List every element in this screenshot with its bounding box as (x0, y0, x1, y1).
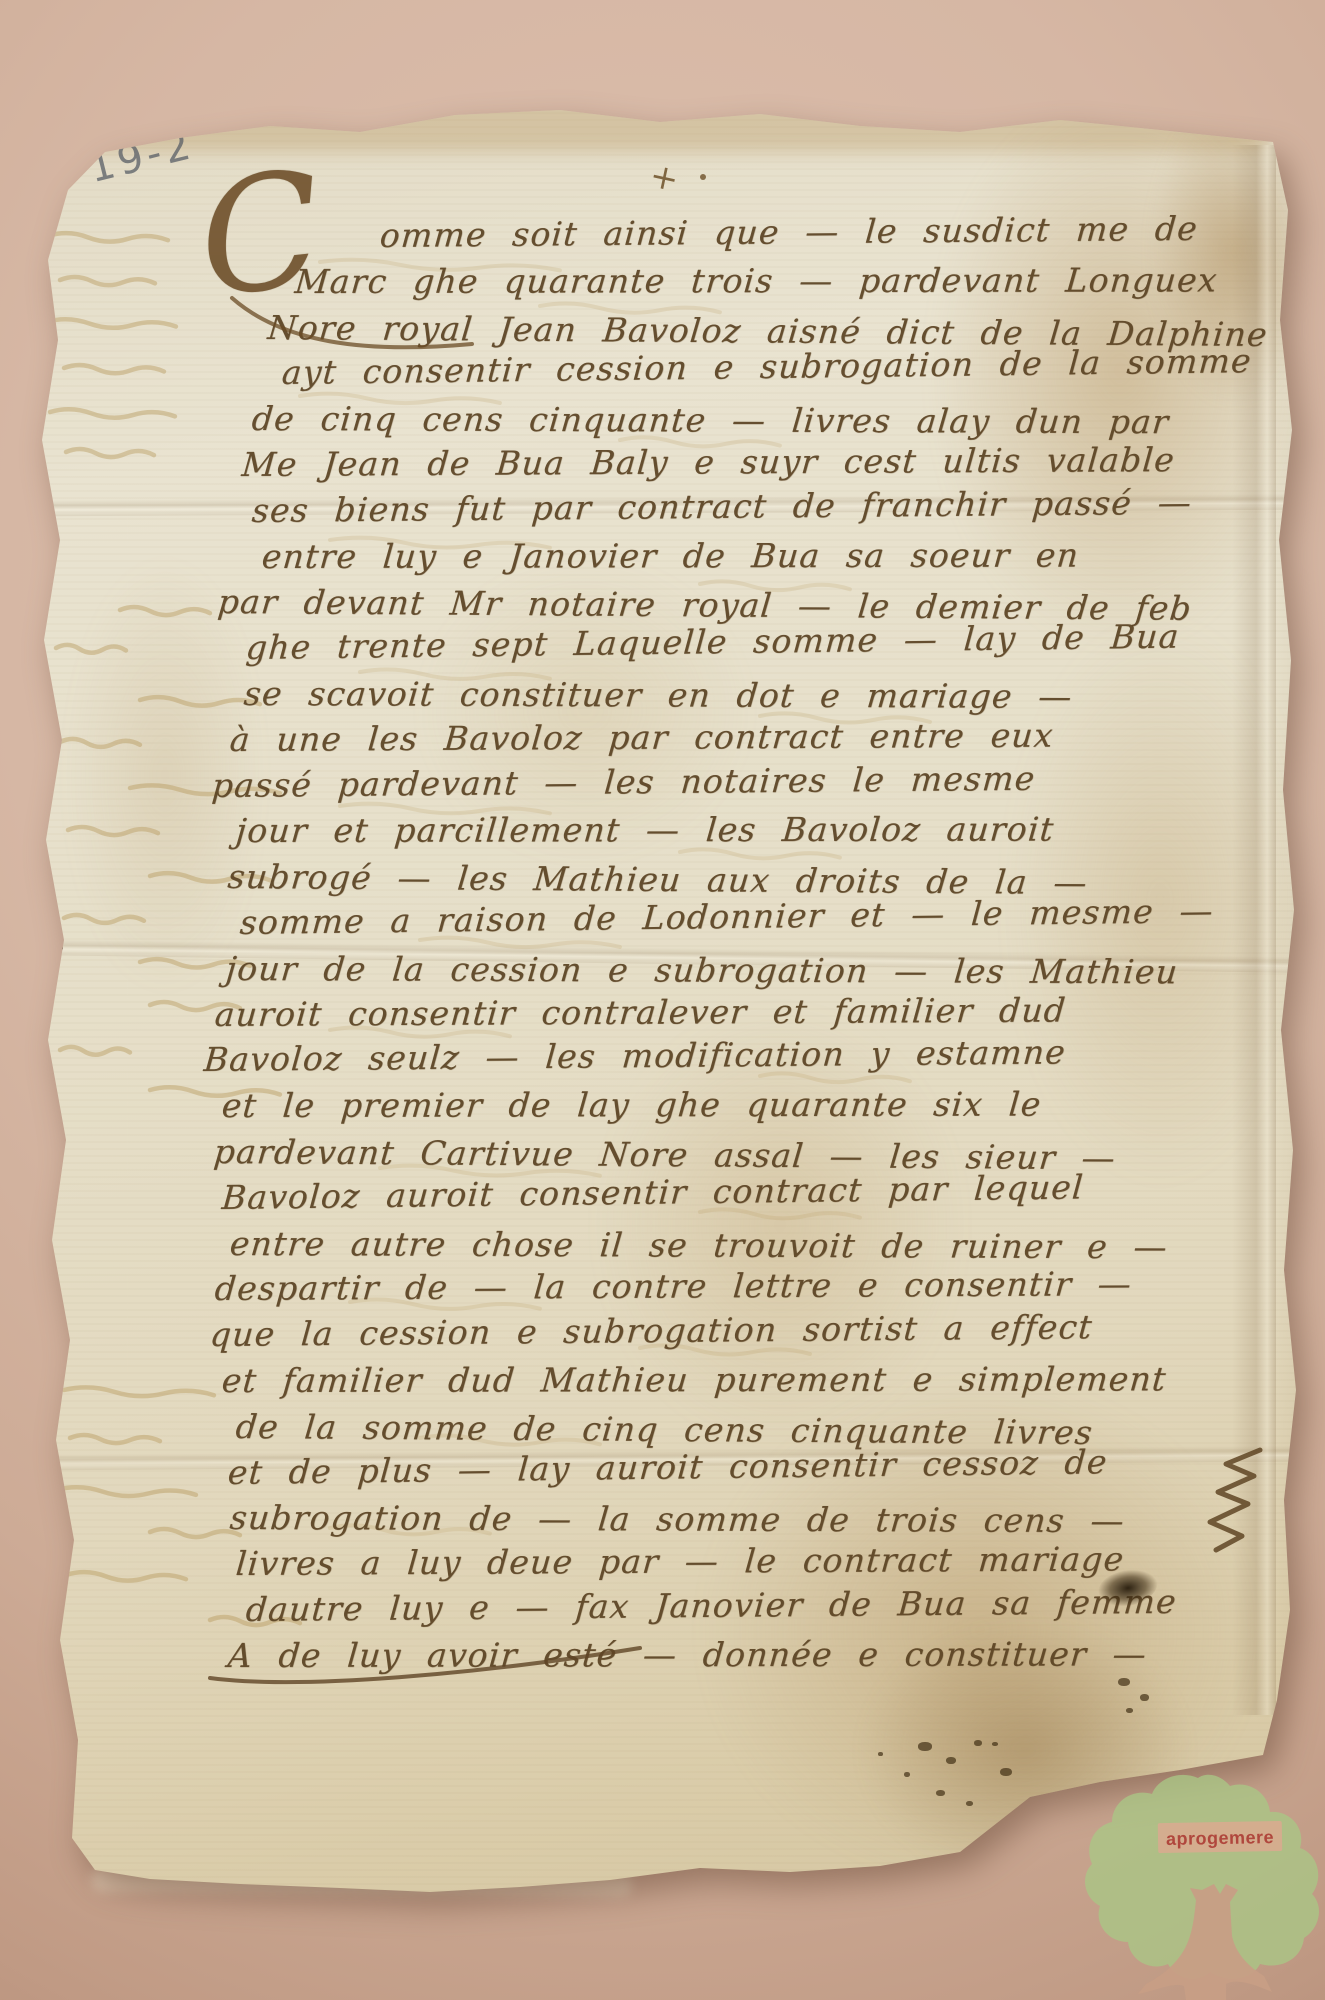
ink-speck (966, 1801, 973, 1806)
ink-speck (992, 1742, 998, 1746)
photo-backdrop: 19-2 + C omme soit ainsi que — le susdic… (0, 0, 1325, 2000)
ink-speck (946, 1757, 956, 1764)
ink-speck (1126, 1708, 1133, 1713)
dropcap-tail-stroke (232, 298, 472, 347)
ink-speck (1140, 1694, 1149, 1701)
ink-speck (1000, 1768, 1012, 1776)
ink-speck (974, 1740, 982, 1746)
ink-speck (878, 1752, 883, 1756)
ink-speck (904, 1772, 910, 1777)
pen-flourishes (0, 0, 1325, 2000)
margin-paraph (1210, 1450, 1260, 1550)
watermark-label: aprogemere (1158, 1821, 1283, 1853)
watermark-label-text: aprogemere (1166, 1827, 1274, 1849)
aprogemere-watermark: aprogemere (1080, 1772, 1325, 2000)
ink-speck (918, 1742, 932, 1751)
left-ink-dash (36, 944, 60, 948)
manuscript-page: 19-2 + C omme soit ainsi que — le susdic… (0, 0, 1325, 2000)
ink-speck (1118, 1678, 1130, 1686)
paper-sheet: 19-2 + C omme soit ainsi que — le susdic… (0, 0, 1325, 2000)
final-underline-swash (210, 1648, 640, 1682)
ink-speck (936, 1790, 945, 1796)
